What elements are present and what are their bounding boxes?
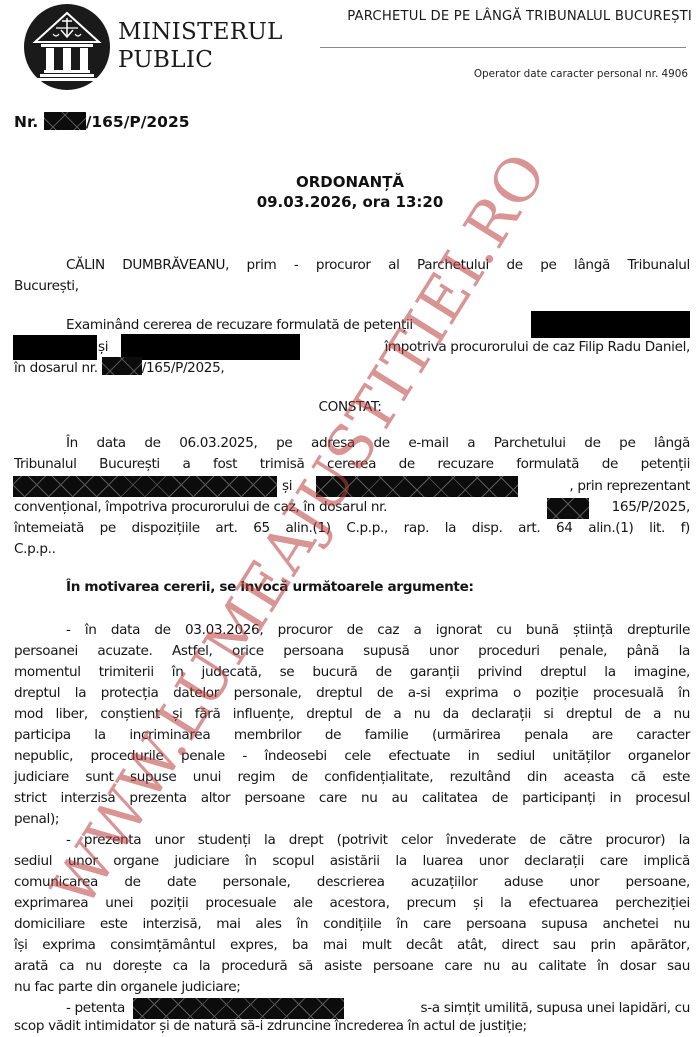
- constat-heading: CONSTAT:: [0, 397, 700, 418]
- document-number: Nr. /165/P/2025: [14, 112, 190, 131]
- redacted-box: [102, 357, 142, 375]
- arg1-line: penal);: [14, 809, 690, 830]
- arg1-line: nepublic, procedurile penale - îndeosebi…: [14, 746, 690, 767]
- arg2-line: domiciliare este interzisă, mai ales în …: [14, 914, 690, 935]
- arg1-line: participa la incriminarea membrilor de f…: [14, 725, 690, 746]
- examinand-line-3: în dosarul nr. /165/P/2025,: [14, 357, 690, 379]
- arg2-line: își exprima consimțământul expres, ba ma…: [14, 935, 690, 956]
- intro-line-2: București,: [14, 276, 690, 297]
- redacted-box: [531, 311, 690, 338]
- redacted-box: [316, 476, 518, 497]
- arg2-line: exprimarea unei poziții procesuale ale a…: [14, 893, 690, 914]
- motivare-heading: În motivarea cererii, se invocă următoar…: [14, 577, 690, 598]
- arg1-line: judiciare sunt supuse unui regim de conf…: [14, 767, 690, 788]
- arg2-line: sediul unor organe judiciare în scopul a…: [14, 851, 690, 872]
- examinand-dosar-label: în dosarul nr.: [14, 360, 98, 376]
- constat-line-4-end: 165/P/2025,: [590, 497, 690, 518]
- document-date: 09.03.2026, ora 13:20: [0, 193, 700, 211]
- arg2-line: comunicarea de date personale, descriere…: [14, 872, 690, 893]
- examinand-line-2-end: împotriva procurorului de caz Filip Radu…: [306, 337, 690, 358]
- institution-line-1: MINISTERUL: [118, 18, 283, 46]
- constat-and: și: [282, 476, 312, 497]
- doc-number-prefix: Nr.: [14, 113, 38, 131]
- arg1-line: persoanei acuzate. Astfel, orice persoan…: [14, 641, 690, 662]
- arg2-line: arată ca nu dorește ca la procedură să a…: [14, 956, 690, 977]
- arg1-line: - în data de 03.03.2026, procuror de caz…: [14, 620, 690, 641]
- constat-line-2: Tribunalul București a fost trimisă cere…: [14, 454, 690, 475]
- intro-line-1: CĂLIN DUMBRĂVEANU, prim - procuror al Pa…: [14, 255, 690, 276]
- document-heading: ORDONANȚĂ: [0, 173, 700, 191]
- constat-line-3-end: , prin reprezentant: [520, 476, 690, 497]
- header-divider: [320, 47, 686, 48]
- arg2-line: nu fac parte din organele judiciare;: [14, 977, 690, 998]
- ministerul-public-logo: [24, 4, 110, 90]
- constat-line-6: C.p.p..: [14, 539, 690, 560]
- operator-number: Operator date caracter personal nr. 4906: [400, 68, 688, 80]
- arg1-line: momentul trimiterii în judecată, se bucu…: [14, 662, 690, 683]
- examinand-dosar-number: /165/P/2025,: [142, 360, 225, 376]
- arg1-line: dreptul la protecția datelor personale, …: [14, 683, 690, 704]
- redacted-box: [547, 498, 589, 519]
- institution-line-2: PUBLIC: [118, 46, 283, 74]
- constat-line-5: întemeiată pe dispozițiile art. 65 alin.…: [14, 518, 690, 539]
- redacted-box: [44, 112, 86, 130]
- arg1-line: strict interzisa prezenta altor persoane…: [14, 788, 690, 809]
- constat-line-4-start: convențional, împotriva procurorului de …: [14, 497, 504, 518]
- arg2-line: - prezenta unor studenți la drept (potri…: [14, 830, 690, 851]
- doc-number-suffix: /165/P/2025: [86, 113, 190, 131]
- arg3-line-2: scop vădit intimidator și de natură să-i…: [14, 1016, 690, 1037]
- courthouse-scales-icon: [24, 4, 110, 90]
- redacted-box: [13, 476, 277, 497]
- institution-name: MINISTERUL PUBLIC: [118, 18, 283, 74]
- parchet-name: PARCHETUL DE PE LÂNGĂ TRIBUNALUL BUCUREȘ…: [320, 9, 692, 24]
- constat-line-1: În data de 06.03.2025, pe adresa de e-ma…: [14, 433, 690, 454]
- arg1-line: mod liber, conștient și fără influențe, …: [14, 704, 690, 725]
